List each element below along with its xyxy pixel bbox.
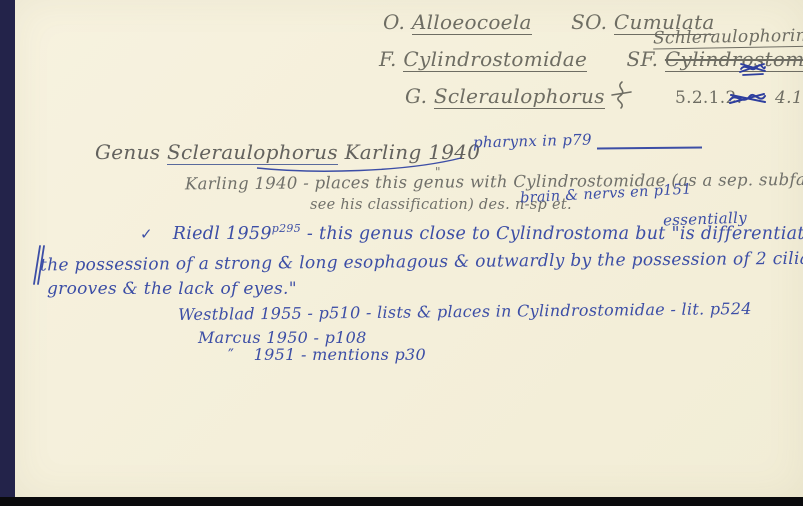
ditto-mark: ″ xyxy=(228,345,234,364)
riedl-text: - this genus close to Cylindrostoma but … xyxy=(307,224,803,244)
index-card: O. Alloeocoela SO. Cumulata Schlerauloph… xyxy=(15,0,803,497)
riedl-note: ✓ Riedl 1959p295 - this genus close to C… xyxy=(140,222,803,244)
insertion-caret-mark: " xyxy=(435,165,441,179)
ink-scribble-icon xyxy=(737,60,767,78)
diagnosis-quote-line2: grooves & the lack of eyes." xyxy=(47,279,297,299)
suborder-prefix: SO. xyxy=(571,10,607,34)
order-prefix: O. xyxy=(383,10,405,34)
family-name: Cylindrostomidae xyxy=(403,47,587,72)
genus-name: Scleraulophorus xyxy=(434,84,605,109)
subfamily-prefix: SF. xyxy=(627,47,659,71)
pharynx-annotation: pharynx in p79 xyxy=(473,130,592,151)
diagnosis-quote-line1: the possession of a strong & long esopha… xyxy=(40,249,803,276)
family-prefix: F. xyxy=(379,47,397,71)
marcus-reference-2: ″ 1951 - mentions p30 xyxy=(228,345,426,364)
riedl-page-superscript: p295 xyxy=(272,222,301,235)
catalog-revised-number: 4.1 xyxy=(775,88,803,108)
riedl-citation: Riedl 1959 xyxy=(173,224,272,244)
scan-left-margin xyxy=(0,0,15,497)
ink-scribble-icon xyxy=(727,90,767,108)
subfamily-corrected-name: Schleraulophorinae xyxy=(653,25,803,49)
ink-dash-line xyxy=(597,146,702,149)
genus-prefix: G. xyxy=(405,84,427,108)
subfamily-struck-name: Cylindrostominae xyxy=(665,47,803,72)
westblad-reference: Westblad 1955 - p510 - lists & places in… xyxy=(178,299,752,324)
checkmark-icon: ✓ xyxy=(140,225,153,243)
genus-entry: G. Scleraulophorus xyxy=(405,84,605,108)
marcus-1951-text: 1951 - mentions p30 xyxy=(254,345,426,364)
subfamily-correction: Schleraulophorinae xyxy=(653,25,803,48)
genus-heading-label: Genus xyxy=(95,140,160,164)
pencil-scribble-icon xyxy=(609,80,633,110)
order-name: Alloeocoela xyxy=(412,10,532,35)
karling-note-line1: Karling 1940 - places this genus with Cy… xyxy=(185,170,803,194)
